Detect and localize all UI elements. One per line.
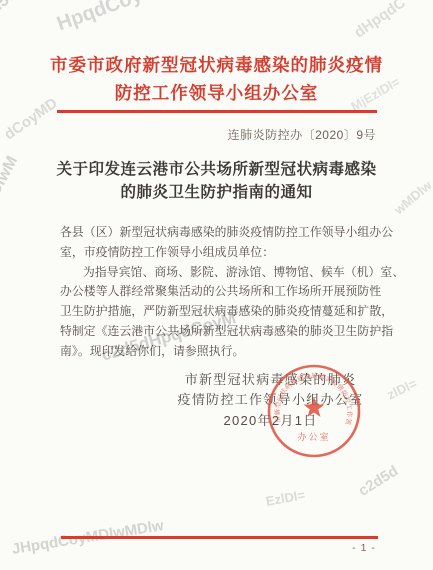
watermark-text: 2d5dHpqd — [0, 0, 56, 24]
seal-ring-text: 市新型冠状病毒感染的肺炎疫情防控工作领导小组 — [265, 362, 355, 426]
body-line: 办公楼等人群经常聚集活动的公共场所和工作场所开展预防性 — [60, 282, 382, 302]
letterhead-title: 市委市政府新型冠状病毒感染的肺炎疫情 防控工作领导小组办公室 — [0, 51, 433, 107]
page-number: - 1 - — [346, 542, 382, 554]
letterhead-divider-rule — [57, 110, 377, 113]
body-line: 各县（区）新型冠状病毒感染的肺炎疫情防控工作领导小组办公 — [60, 223, 382, 243]
watermark-text: CoyMDlwM — [0, 153, 22, 237]
notice-body: 各县（区）新型冠状病毒感染的肺炎疫情防控工作领导小组办公 室，市疫情防控工作领导… — [60, 223, 382, 362]
letterhead-line-1: 市委市政府新型冠状病毒感染的肺炎疫情 — [0, 51, 433, 79]
document-number: 连肺炎防控办〔2020〕9号 — [228, 126, 376, 143]
watermark-text: HpqdCoyMDlwMjE — [54, 0, 228, 36]
scanned-official-document: 2d5dHpqd HpqdCoyMDlwMjE dHpqdC dCoyMD Co… — [0, 0, 433, 570]
notice-title-line-2: 的肺炎卫生防护指南的通知 — [30, 181, 403, 204]
watermark-text: zlDl= — [385, 376, 419, 403]
watermark-text: dHpqdC — [351, 0, 409, 41]
body-line: 为指导宾馆、商场、影院、游泳馆、博物馆、候车（机）室、 — [60, 263, 382, 283]
seal-star-icon — [304, 397, 325, 417]
footer-rule — [61, 536, 378, 539]
notice-title: 关于印发连云港市公共场所新型冠状病毒感染 的肺炎卫生防护指南的通知 — [30, 158, 403, 204]
notice-title-line-1: 关于印发连云港市公共场所新型冠状病毒感染 — [30, 158, 403, 181]
watermark-text: c2d5d — [355, 462, 401, 499]
body-line: 南》。现印发给你们，请参照执行。 — [60, 342, 382, 362]
seal-bottom-text: 办公室 — [297, 431, 330, 442]
body-line: 卫生防护措施，严防新型冠状病毒感染的肺炎疫情蔓延和扩散， — [60, 302, 382, 322]
body-line: 室，市疫情防控工作领导小组成员单位： — [60, 243, 382, 263]
letterhead-line-2: 防控工作领导小组办公室 — [0, 79, 433, 107]
body-line: 特制定《连云港市公共场所新型冠状病毒感染的肺炎卫生防护指 — [60, 322, 382, 342]
official-seal: 市新型冠状病毒感染的肺炎疫情防控工作领导小组 办公室 — [265, 362, 363, 460]
watermark-text: EzlDl= — [265, 487, 306, 509]
